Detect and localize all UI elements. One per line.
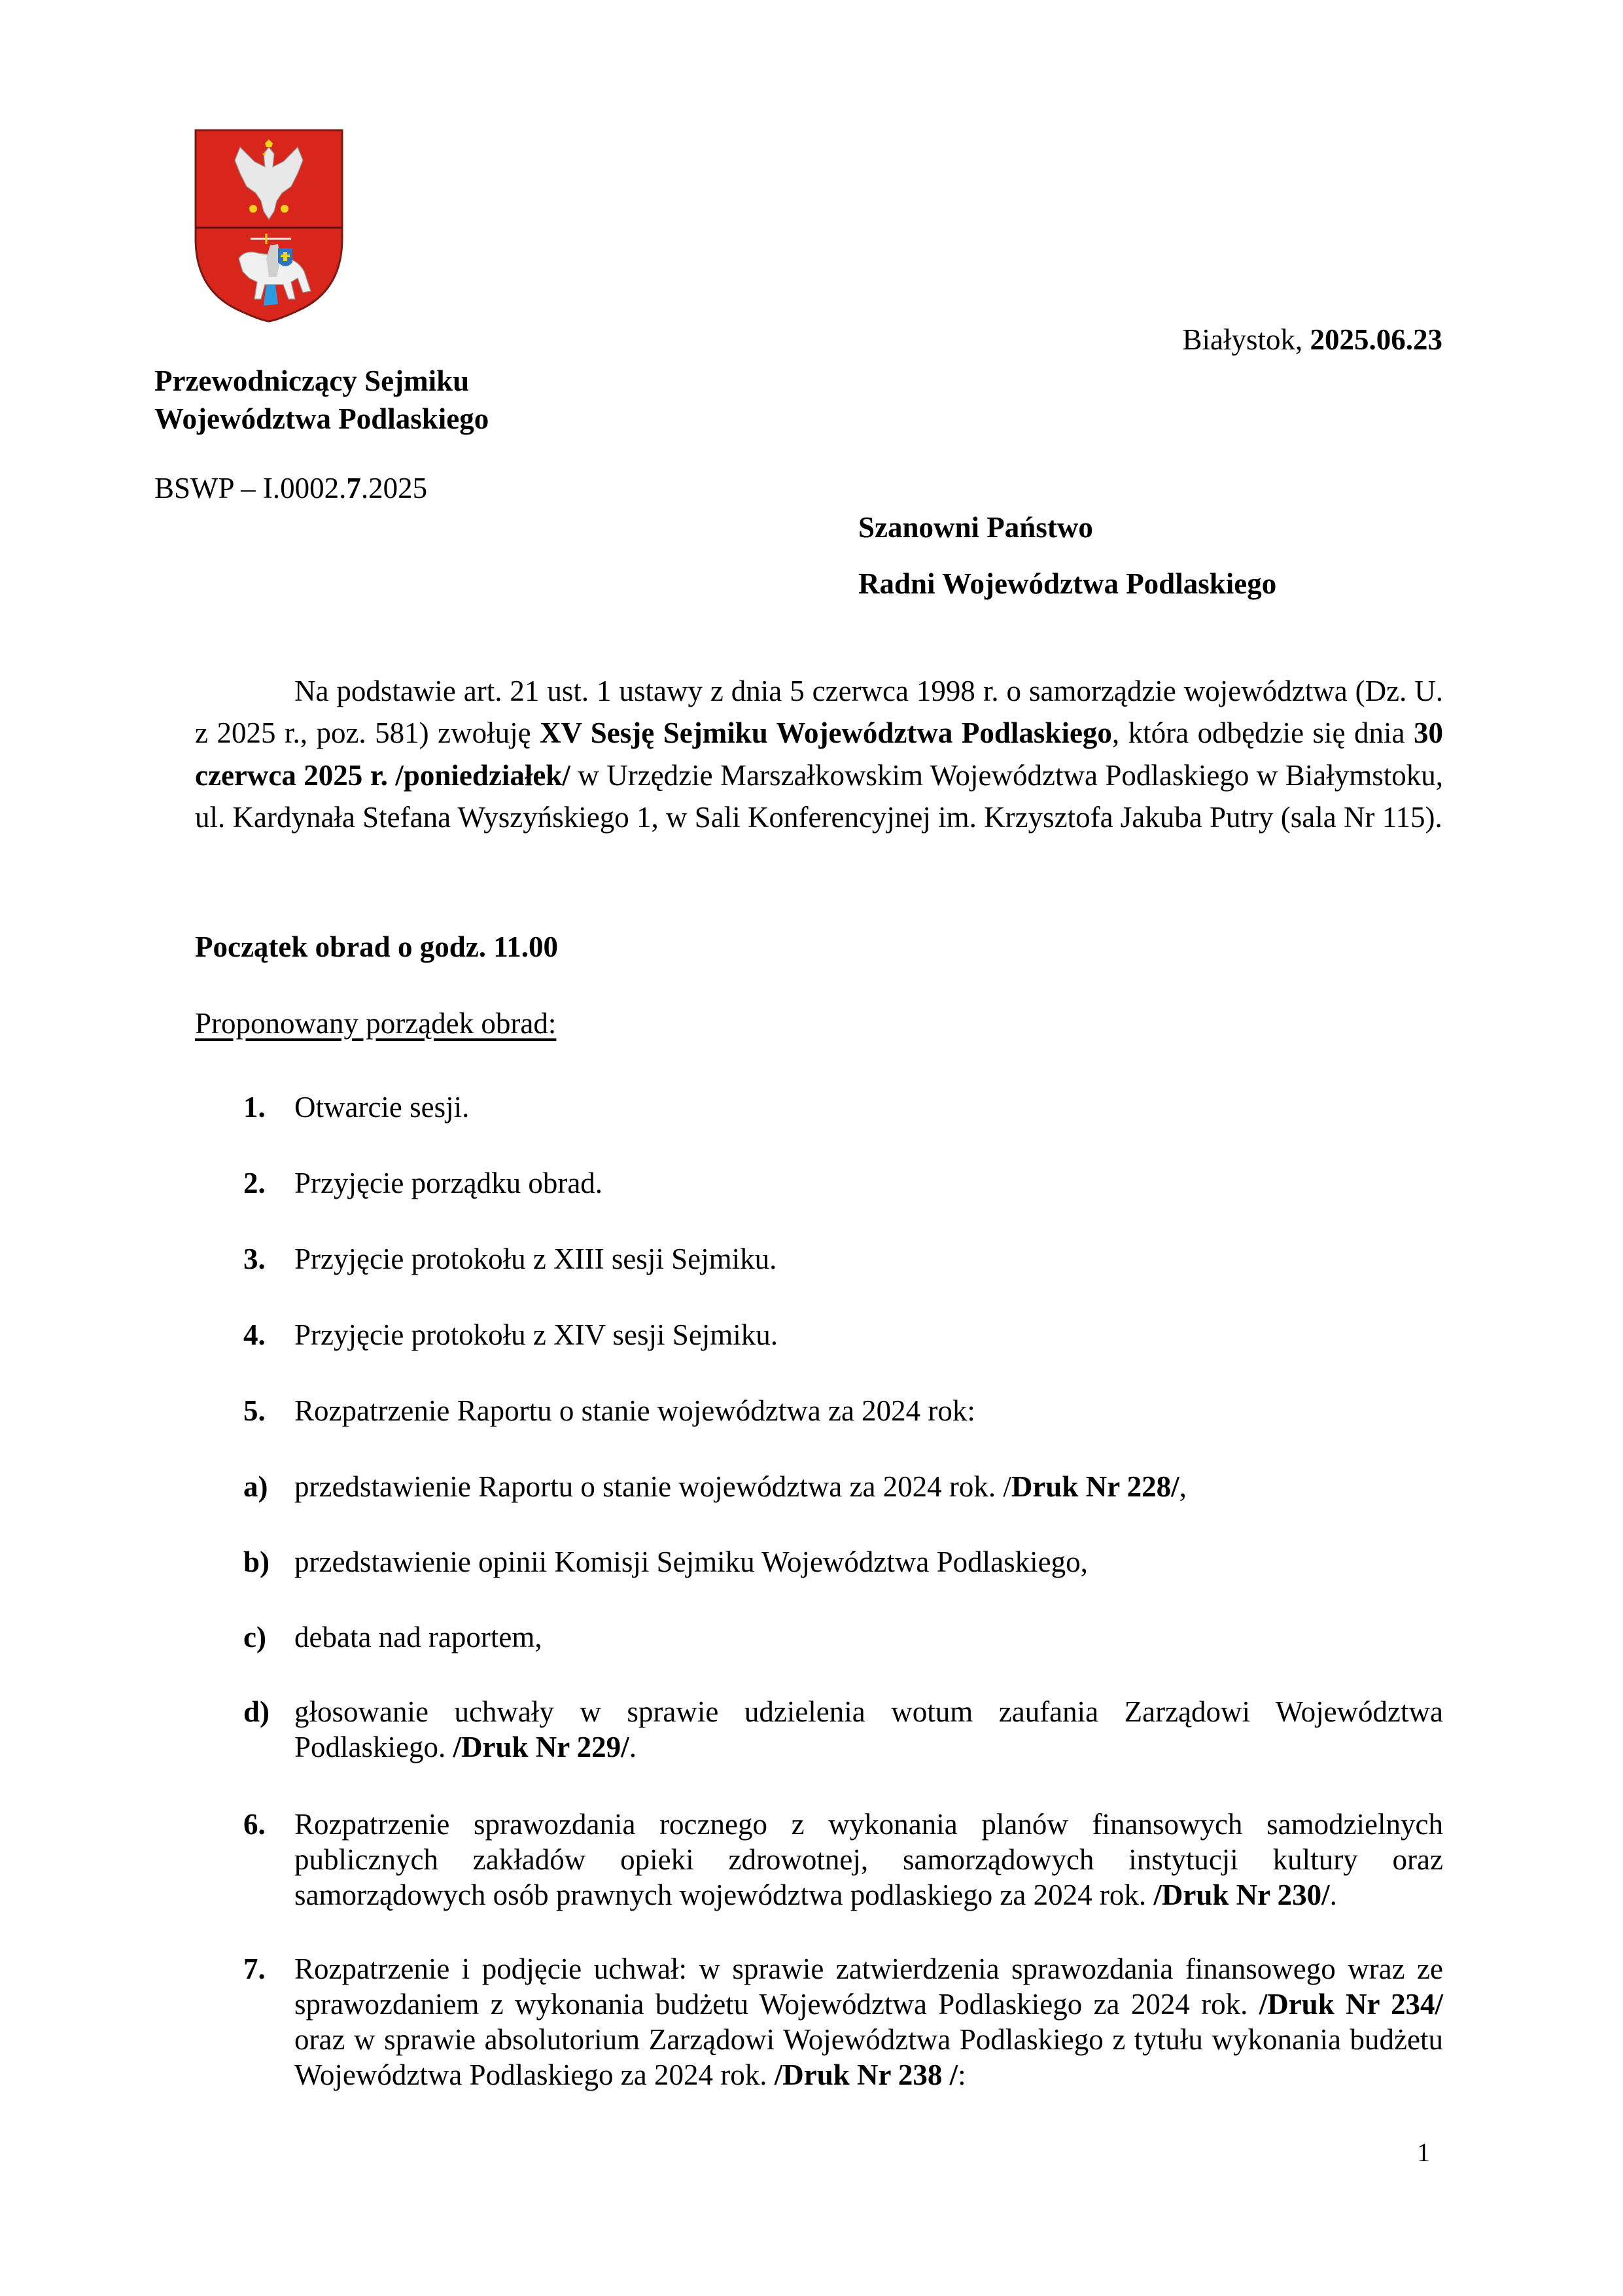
agenda-item: 7.Rozpatrzenie i podjęcie uchwał: w spra… — [243, 1951, 1443, 2093]
druk-reference: /Druk Nr 229/ — [453, 1731, 629, 1763]
druk-reference: Druk Nr 228/ — [1011, 1470, 1179, 1503]
agenda-item-number: c) — [243, 1619, 266, 1655]
agenda-item-text: przedstawienie Raportu o stanie wojewódz… — [294, 1469, 1443, 1504]
agenda-item: 1.Otwarcie sesji. — [243, 1089, 1443, 1125]
agenda-item-number: 3. — [243, 1241, 266, 1277]
agenda-item-text: głosowanie uchwały w sprawie udzielenia … — [294, 1694, 1443, 1765]
agenda-item-text: Rozpatrzenie sprawozdania rocznego z wyk… — [294, 1807, 1443, 1913]
agenda-item-number: d) — [243, 1694, 270, 1729]
session-name: XV Sesję Sejmiku Województwa Podlaskiego — [540, 716, 1112, 749]
agenda-item: b)przedstawienie opinii Komisji Sejmiku … — [243, 1544, 1443, 1580]
date-text: 2025.06.23 — [1310, 323, 1443, 356]
agenda-item-number: 6. — [243, 1807, 266, 1842]
druk-reference: /Druk Nr 230/ — [1153, 1879, 1329, 1911]
agenda-text-part: : — [958, 2058, 966, 2091]
agenda-item-number: 4. — [243, 1317, 266, 1352]
addressee-line1: Szanowni Państwo — [858, 513, 1093, 542]
agenda-item-text: Przyjęcie porządku obrad. — [294, 1165, 1443, 1201]
agenda-item: 6.Rozpatrzenie sprawozdania rocznego z w… — [243, 1807, 1443, 1913]
intro-paragraph: Na podstawie art. 21 ust. 1 ustawy z dni… — [195, 670, 1443, 838]
agenda-text-part: przedstawienie opinii Komisji Sejmiku Wo… — [294, 1545, 1088, 1578]
agenda-item-number: 5. — [243, 1393, 266, 1428]
reference-number: BSWP – I.0002.7.2025 — [154, 474, 427, 503]
start-time: Początek obrad o godz. 11.00 — [195, 932, 558, 962]
sender-title-line1: Przewodniczący Sejmiku — [154, 362, 489, 400]
agenda-item: 4.Przyjęcie protokołu z XIV sesji Sejmik… — [243, 1317, 1443, 1352]
agenda-text-part: . — [629, 1731, 637, 1763]
agenda-title: Proponowany porządek obrad: — [195, 1009, 556, 1038]
agenda-item: c)debata nad raportem, — [243, 1619, 1443, 1655]
agenda-item-number: 2. — [243, 1165, 266, 1201]
agenda-item: a)przedstawienie Raportu o stanie wojewó… — [243, 1469, 1443, 1504]
reference-bold: 7 — [346, 472, 361, 504]
agenda-text-part: , — [1179, 1470, 1187, 1503]
agenda-item-text: Przyjęcie protokołu z XIII sesji Sejmiku… — [294, 1241, 1443, 1277]
agenda-item-text: Otwarcie sesji. — [294, 1089, 1443, 1125]
reference-prefix: BSWP – I.0002. — [154, 472, 346, 504]
place-text: Białystok, — [1182, 323, 1310, 356]
agenda-text-part: Przyjęcie porządku obrad. — [294, 1167, 602, 1199]
agenda-item: 5.Rozpatrzenie Raportu o stanie wojewódz… — [243, 1393, 1443, 1428]
sender-title-line2: Województwa Podlaskiego — [154, 400, 489, 438]
agenda-item-text: Przyjęcie protokołu z XIV sesji Sejmiku. — [294, 1317, 1443, 1352]
agenda-item: 2.Przyjęcie porządku obrad. — [243, 1165, 1443, 1201]
agenda-item: d)głosowanie uchwały w sprawie udzieleni… — [243, 1694, 1443, 1765]
agenda-text-part: Otwarcie sesji. — [294, 1091, 469, 1123]
addressee-line2: Radni Województwa Podlaskiego — [858, 569, 1276, 599]
druk-reference: /Druk Nr 234/ — [1259, 1988, 1443, 2021]
agenda-item-text: Rozpatrzenie i podjęcie uchwał: w sprawi… — [294, 1951, 1443, 2093]
agenda-item-text: debata nad raportem, — [294, 1619, 1443, 1655]
agenda-item-text: Rozpatrzenie Raportu o stanie województw… — [294, 1393, 1443, 1428]
agenda-item-number: 7. — [243, 1951, 266, 1987]
page-number: 1 — [1417, 2140, 1430, 2166]
agenda-text-part: przedstawienie Raportu o stanie wojewódz… — [294, 1470, 1011, 1503]
agenda-item-text: przedstawienie opinii Komisji Sejmiku Wo… — [294, 1544, 1443, 1580]
agenda-item: 3.Przyjęcie protokołu z XIII sesji Sejmi… — [243, 1241, 1443, 1277]
agenda-text-part: debata nad raportem, — [294, 1621, 542, 1653]
agenda-text-part: Przyjęcie protokołu z XIV sesji Sejmiku. — [294, 1318, 778, 1351]
place-date: Białystok, 2025.06.23 — [1182, 325, 1442, 355]
reference-suffix: .2025 — [361, 472, 427, 504]
sender-block: Przewodniczący Sejmiku Województwa Podla… — [154, 362, 489, 438]
coat-of-arms-icon — [193, 128, 345, 323]
agenda-text-part: Rozpatrzenie Raportu o stanie województw… — [294, 1394, 975, 1427]
intro-text-2: , która odbędzie się dnia — [1112, 716, 1414, 749]
druk-reference: /Druk Nr 238 / — [775, 2058, 958, 2091]
agenda-text-part: Przyjęcie protokołu z XIII sesji Sejmiku… — [294, 1243, 777, 1275]
agenda-item-number: 1. — [243, 1089, 266, 1125]
agenda-text-part: . — [1330, 1879, 1337, 1911]
agenda-item-number: b) — [243, 1544, 270, 1580]
agenda-item-number: a) — [243, 1469, 268, 1504]
